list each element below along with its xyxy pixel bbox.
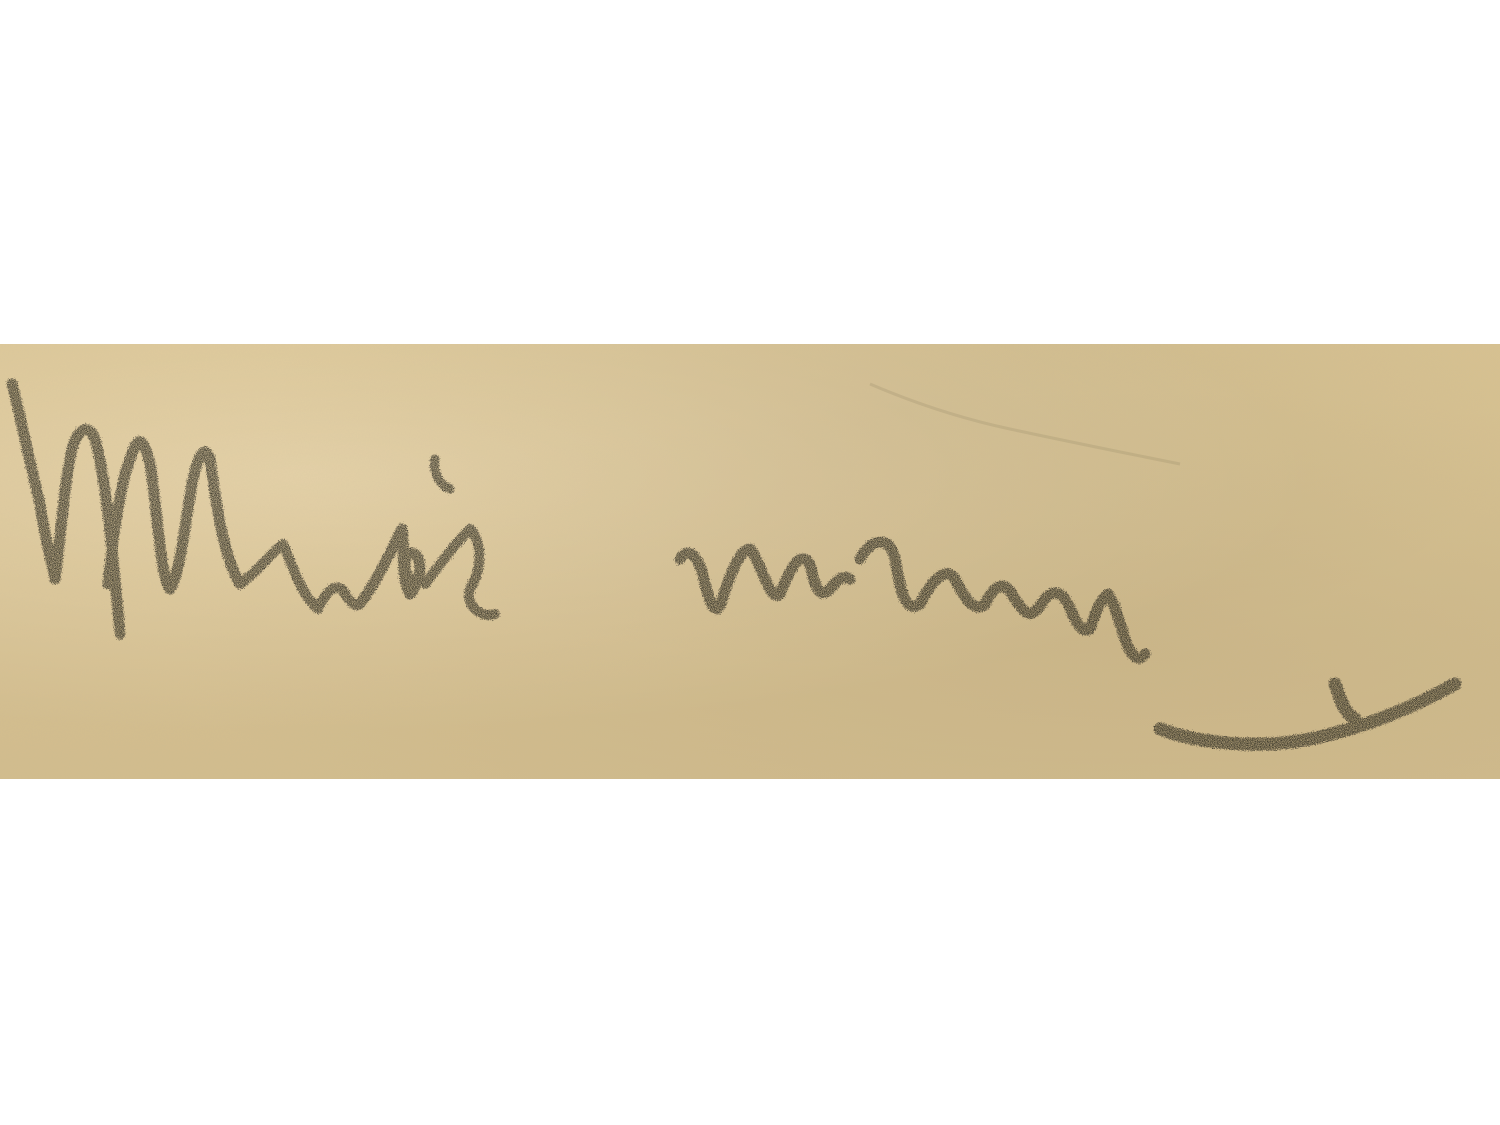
paper-strip	[0, 344, 1500, 779]
signature	[0, 344, 1500, 779]
